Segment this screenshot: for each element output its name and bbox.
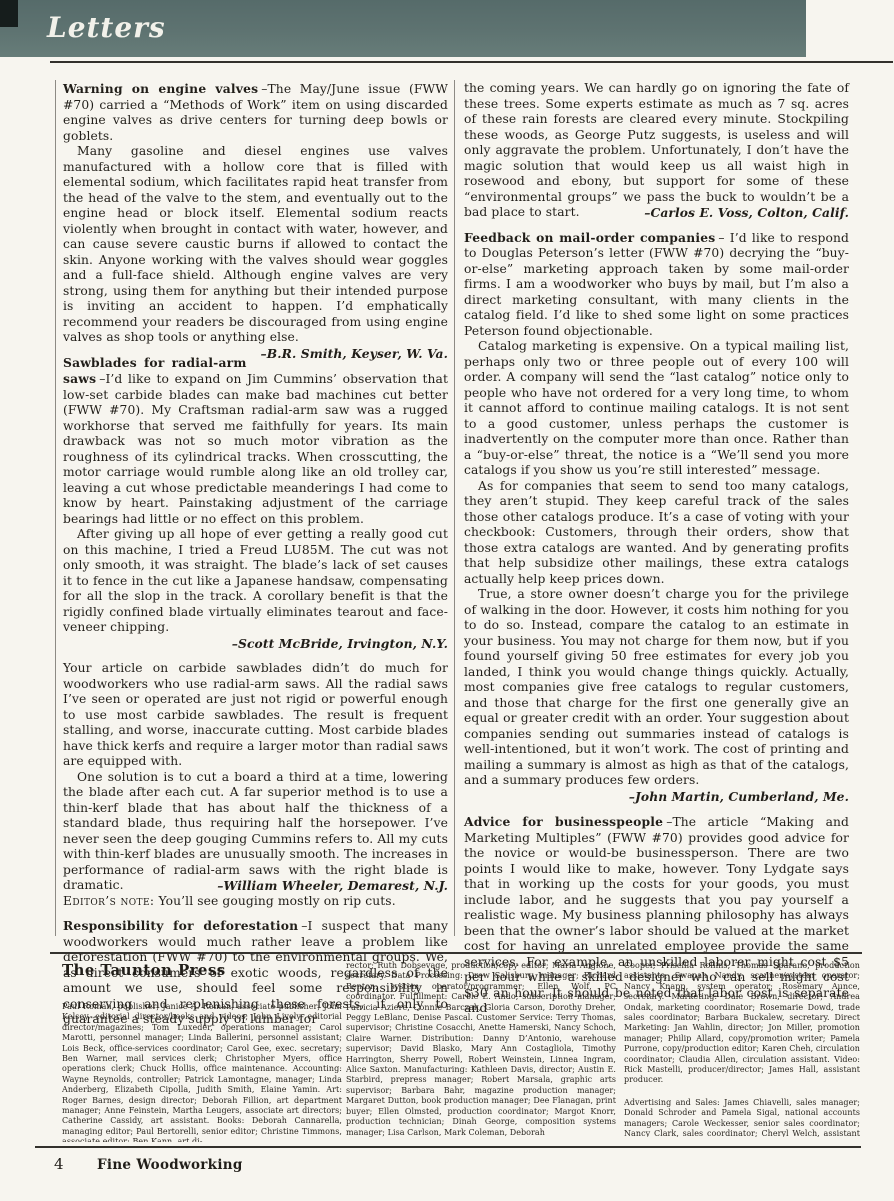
letter-paragraph: One solution is to cut a board a third a…: [63, 770, 448, 894]
letter-signature: –Scott McBride, Irvington, N.Y.: [232, 636, 448, 651]
letters-column-right: the coming years. We can hardly go on ig…: [464, 81, 849, 1017]
letter-paragraph: True, a store owner doesn’t charge you f…: [464, 587, 849, 789]
letter-paragraph: As for companies that seem to send too m…: [464, 479, 849, 588]
masthead-title: The Taunton Press: [62, 961, 226, 979]
letter-heading: Feedback on mail-order companies: [464, 230, 718, 245]
letter-mail-order: Feedback on mail-order companies– I’d li…: [464, 230, 849, 806]
letter-signature-line: –John Martin, Cumberland, Me.: [464, 789, 849, 806]
masthead-rule: [50, 952, 862, 954]
letter-heading: Warning on engine valves: [63, 81, 261, 96]
masthead-column-1: Paul Roman, publisher; Janice A. Roman, …: [62, 1002, 342, 1142]
page-title: Letters: [47, 11, 166, 44]
letter-paragraph: Your article on carbide sawblades didn’t…: [63, 661, 448, 770]
magazine-title: Fine Woodworking: [97, 1157, 243, 1173]
letters-column-left: Warning on engine valves–The May/June is…: [63, 81, 448, 1028]
page-edge-shadow: [0, 0, 18, 27]
letter-heading: Advice for businesspeople: [464, 814, 666, 829]
magazine-page: Letters Warning on engine valves–The May…: [0, 0, 894, 1201]
masthead-staff-paragraph: Cooper, Priscilla Rollins, Thomas Sparan…: [624, 961, 860, 1086]
column-divider-rule: [454, 80, 455, 936]
letter-signature-line: –Scott McBride, Irvington, N.Y.: [63, 636, 448, 653]
letter-sawblades: Sawblades for radial-arm saws–I’d like t…: [63, 355, 448, 653]
letter-signature: –B.R. Smith, Keyser, W. Va.: [247, 346, 448, 362]
letter-engine-valves: Warning on engine valves–The May/June is…: [63, 81, 448, 346]
header-rule: [50, 61, 893, 63]
letter-heading: Responsibility for deforestation: [63, 918, 301, 933]
letter-deforestation-continued: the coming years. We can hardly go on ig…: [464, 81, 849, 221]
letter-paragraph: Sawblades for radial-arm saws–I’d like t…: [63, 355, 448, 528]
page-number: 4: [54, 1155, 64, 1173]
letter-carbide-sawblades: Your article on carbide sawblades didn’t…: [63, 661, 448, 909]
masthead-advertising-paragraph: Advertising and Sales: James Chiavelli, …: [624, 1098, 860, 1137]
letter-paragraph: the coming years. We can hardly go on ig…: [464, 81, 849, 221]
letter-signature: –Carlos E. Voss, Colton, Calif.: [644, 205, 849, 221]
masthead-column-3: Cooper, Priscilla Rollins, Thomas Sparan…: [624, 961, 860, 1137]
letter-signature: –John Martin, Cumberland, Me.: [629, 789, 849, 804]
letter-paragraph: Catalog marketing is expensive. On a typ…: [464, 339, 849, 479]
editors-note: Editor’s note: You’ll see gouging mostly…: [63, 894, 448, 910]
letter-paragraph: Feedback on mail-order companies– I’d li…: [464, 230, 849, 340]
letter-signature: –William Wheeler, Demarest, N.J.: [203, 878, 448, 894]
letter-paragraph: Many gasoline and diesel engines use val…: [63, 144, 448, 346]
letter-paragraph: Warning on engine valves–The May/June is…: [63, 81, 448, 144]
editors-note-label: Editor’s note:: [63, 894, 154, 908]
footer-rule: [35, 1146, 861, 1148]
letter-paragraph: After giving up all hope of ever getting…: [63, 527, 448, 636]
masthead-column-2: rector; Ruth Dobsevage, production/copy …: [346, 961, 616, 1137]
left-column-rule: [55, 80, 56, 936]
